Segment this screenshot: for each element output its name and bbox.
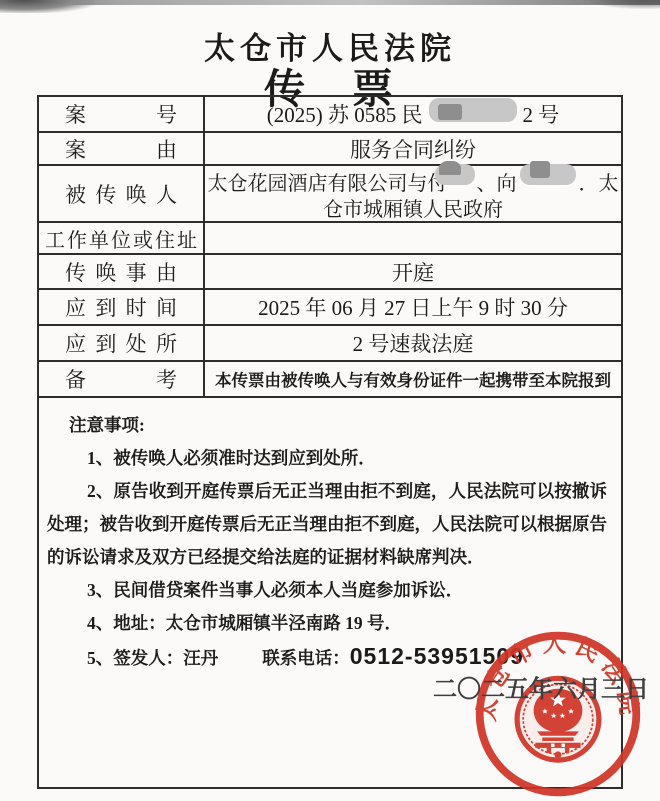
row-label: 应到处所	[39, 326, 205, 360]
summoned-person-value: 太仓花园酒店有限公司与付、向．太 仓市城厢镇人民政府	[205, 166, 621, 221]
note-item-2: 2、原告收到开庭传票后无正当理由拒不到庭，人民法院可以按撤诉处理；被告收到开庭传…	[47, 475, 607, 574]
arrival-place-value: 2 号速裁法庭	[205, 326, 621, 360]
case-number-value: (2025) 苏 0585 民2 号	[205, 97, 621, 131]
phone-label: 联系电话：	[262, 648, 350, 668]
redaction-blob	[429, 98, 517, 122]
summon-reason-value: 开庭	[205, 255, 621, 288]
arrival-time-value: 2025 年 06 月 27 日上午 9 时 30 分	[205, 290, 621, 324]
row-label: 应到时间	[39, 290, 205, 324]
remarks-value: 本传票由被传唤人与有效身份证件一起携带至本院报到	[205, 362, 621, 396]
row-label: 传唤事由	[39, 255, 205, 288]
table-row-arrival-place: 应到处所 2 号速裁法庭	[39, 326, 621, 362]
table-row-summoned-person: 被传唤人 太仓花园酒店有限公司与付、向．太 仓市城厢镇人民政府	[39, 166, 621, 223]
court-name: 太仓市人民法院	[0, 23, 660, 68]
work-address-value	[205, 223, 621, 253]
summons-document: 太仓市人民法院 传 票 案号 (2025) 苏 0585 民2 号 案由 服务合…	[0, 0, 660, 801]
redaction-blob	[435, 164, 475, 185]
table-row-remarks: 备考 本传票由被传唤人与有效身份证件一起携带至本院报到	[39, 362, 621, 398]
photo-corner-smudge	[0, 0, 95, 13]
row-label: 案号	[39, 97, 205, 131]
row-label: 工作单位或住址	[39, 223, 205, 253]
table-row-summon-reason: 传唤事由 开庭	[39, 255, 621, 290]
issue-date: 二〇二五年六月三日	[433, 669, 649, 704]
table-row-arrival-time: 应到时间 2025 年 06 月 27 日上午 9 时 30 分	[39, 290, 621, 326]
court-seal: 太仓市人民法院	[471, 627, 645, 801]
table-row-case-number: 案号 (2025) 苏 0585 民2 号	[39, 97, 621, 133]
notes-heading: 注意事项:	[47, 409, 607, 442]
issuer-name: 5、签发人：汪丹	[87, 648, 218, 668]
row-label: 备考	[39, 362, 205, 396]
photo-corner-smudge	[590, 0, 660, 9]
redaction-blob	[520, 164, 576, 185]
note-item-3: 3、民间借贷案件当事人必须本人当庭参加诉讼．	[47, 574, 607, 607]
case-reason-value: 服务合同纠纷	[205, 133, 621, 164]
row-label: 被传唤人	[39, 166, 205, 221]
row-label: 案由	[39, 133, 205, 164]
photo-edge-strip	[0, 0, 660, 5]
table-row-work-address: 工作单位或住址	[39, 223, 621, 255]
note-item-1: 1、被传唤人必须准时达到应到处所．	[47, 442, 607, 475]
